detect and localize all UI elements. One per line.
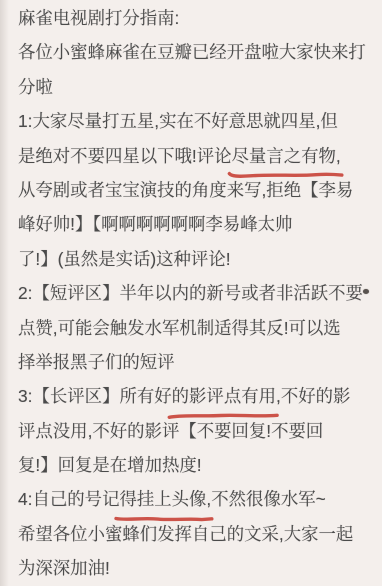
text-segment: 是绝对不要四星以下哦!评论 xyxy=(18,139,232,173)
text-line: 3:【长评区】所有好的影评点有用,不好的影 xyxy=(18,379,382,413)
text-segment: 为深深加油! xyxy=(18,551,110,585)
text-segment: 4:自己的号记 xyxy=(18,482,119,516)
underlined-phrase: 得挂上头像, xyxy=(119,482,211,516)
text-segment: 从夸剧或者宝宝演技的角度来写,拒绝【李易 xyxy=(18,173,353,207)
text-segment: 麻雀电视剧打分指南: xyxy=(18,1,179,35)
text-line: 是绝对不要四星以下哦!评论尽量言之有物, xyxy=(18,139,382,173)
text-line: 点赞,可能会触发水军机制适得其反!可以选 xyxy=(18,311,382,345)
text-segment: 1:大家尽量打五星,实在不好意思就四星,但 xyxy=(18,104,338,138)
text-line: 希望各位小蜜蜂们发挥自己的文采,大家一起 xyxy=(18,517,382,551)
text-segment: 各位小蜜蜂麻雀在豆瓣已经开盘啦大家快来打 xyxy=(18,35,366,69)
doc-title-line: 麻雀电视剧打分指南: xyxy=(18,1,382,35)
text-segment: 峰好帅!】【啊啊啊啊啊啊李易峰太帅 xyxy=(18,207,292,241)
text-segment: ,不好的影 xyxy=(276,379,350,413)
text-line: 了!】(虽然是实话)这种评论! xyxy=(18,242,382,276)
text-segment: 2:【短评区】半年以内的新号或者非活跃不要 xyxy=(18,276,363,310)
rating-guide-text: 麻雀电视剧打分指南:各位小蜜蜂麻雀在豆瓣已经开盘啦大家快来打分啦1:大家尽量打五… xyxy=(0,0,382,586)
note-page: 麻雀电视剧打分指南:各位小蜜蜂麻雀在豆瓣已经开盘啦大家快来打分啦1:大家尽量打五… xyxy=(0,0,382,586)
text-line: 择举报黑子们的短评 xyxy=(18,345,382,379)
text-line: 2:【短评区】半年以内的新号或者非活跃不要 xyxy=(18,276,382,310)
text-line: 评点没用,不好的影评【不要回复!不要回 xyxy=(18,414,382,448)
text-line: 峰好帅!】【啊啊啊啊啊啊李易峰太帅 xyxy=(18,207,382,241)
text-segment: 分啦 xyxy=(18,70,53,104)
text-segment: 3:【长评区】所有好 xyxy=(18,379,172,413)
text-line: 各位小蜜蜂麻雀在豆瓣已经开盘啦大家快来打 xyxy=(18,35,382,69)
text-segment: 不然很像水军~ xyxy=(211,482,326,516)
underlined-phrase: 尽量言之有物, xyxy=(232,139,341,173)
text-line: 分啦 xyxy=(18,70,382,104)
text-line: 从夸剧或者宝宝演技的角度来写,拒绝【李易 xyxy=(18,173,382,207)
text-line: 为深深加油! xyxy=(18,551,382,585)
text-segment: 复!】回复是在增加热度! xyxy=(18,448,202,482)
text-segment: 评点没用,不好的影评【不要回复!不要回 xyxy=(18,414,323,448)
text-segment: 希望各位小蜜蜂们发挥自己的文采,大家一起 xyxy=(18,517,353,551)
underlined-phrase: 的影评点有用 xyxy=(172,379,276,413)
text-segment: 择举报黑子们的短评 xyxy=(18,345,175,379)
text-line: 1:大家尽量打五星,实在不好意思就四星,但 xyxy=(18,104,382,138)
ink-dot xyxy=(363,289,369,294)
text-line: 4:自己的号记得挂上头像,不然很像水军~ xyxy=(18,482,382,516)
text-segment: 了!】(虽然是实话)这种评论! xyxy=(18,242,231,276)
text-line: 复!】回复是在增加热度! xyxy=(18,448,382,482)
text-segment: 点赞,可能会触发水军机制适得其反!可以选 xyxy=(18,311,341,345)
